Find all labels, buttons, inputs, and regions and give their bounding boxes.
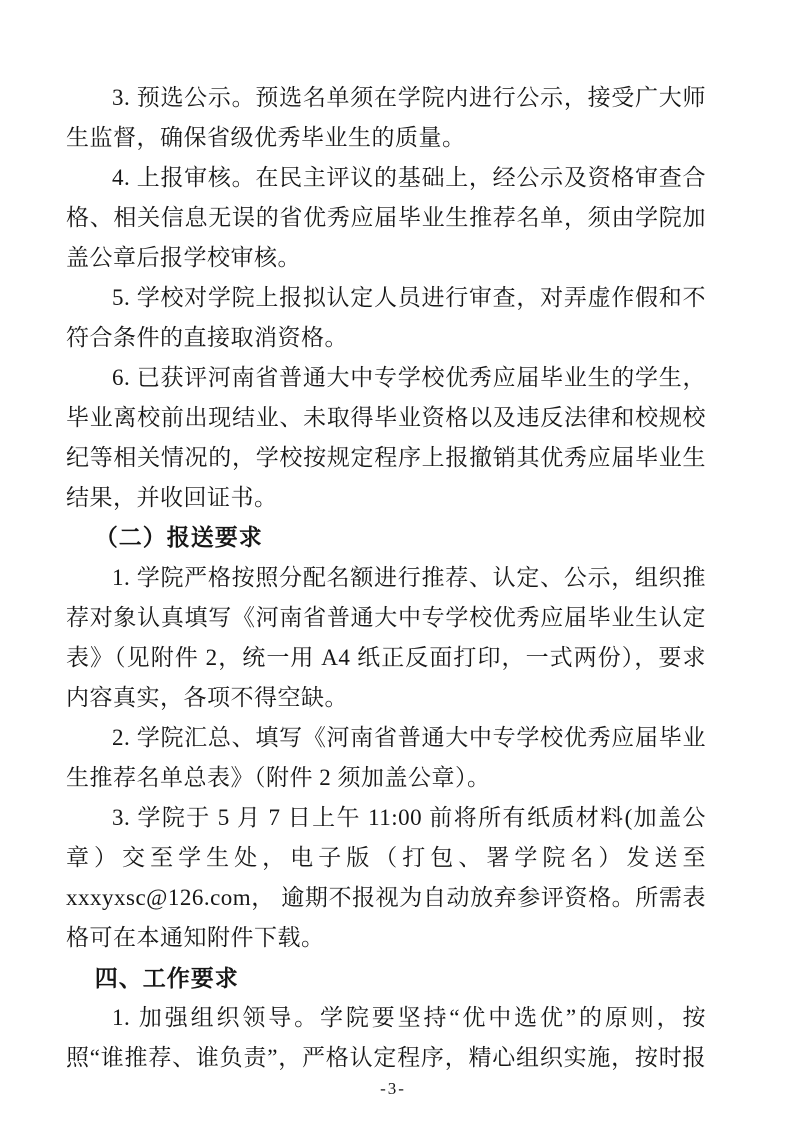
paragraph-item-3-preselection-publicity: 3. 预选公示。预选名单须在学院内进行公示，接受广大师生监督，确保省级优秀毕业生… (66, 78, 706, 158)
paragraph-item-5-school-review: 5. 学校对学院上报拟认定人员进行审查，对弄虚作假和不符合条件的直接取消资格。 (66, 278, 706, 358)
paragraph-work-item-1-leadership: 1. 加强组织领导。学院要坚持“优中选优”的原则，按照“谁推荐、谁负责”，严格认… (66, 998, 706, 1078)
paragraph-item-4-report-review: 4. 上报审核。在民主评议的基础上，经公示及资格审查合格、相关信息无误的省优秀应… (66, 158, 706, 278)
page-number: -3- (0, 1076, 786, 1102)
paragraph-item-6-revocation: 6. 已获评河南省普通大中专学校优秀应届毕业生的学生，毕业离校前出现结业、未取得… (66, 358, 706, 518)
paragraph-submission-item-2-summary-table: 2. 学院汇总、填写《河南省普通大中专学校优秀应届毕业生推荐名单总表》（附件 2… (66, 718, 706, 798)
heading-submission-requirements: （二）报送要求 (66, 518, 706, 558)
document-page: 3. 预选公示。预选名单须在学院内进行公示，接受广大师生监督，确保省级优秀毕业生… (0, 0, 786, 1146)
heading-work-requirements: 四、工作要求 (66, 958, 706, 998)
document-body: 3. 预选公示。预选名单须在学院内进行公示，接受广大师生监督，确保省级优秀毕业生… (66, 78, 706, 1078)
paragraph-submission-item-1-recognition-form: 1. 学院严格按照分配名额进行推荐、认定、公示，组织推荐对象认真填写《河南省普通… (66, 558, 706, 718)
paragraph-submission-item-3-deadline-email: 3. 学院于 5 月 7 日上午 11:00 前将所有纸质材料(加盖公章）交至学… (66, 798, 706, 958)
